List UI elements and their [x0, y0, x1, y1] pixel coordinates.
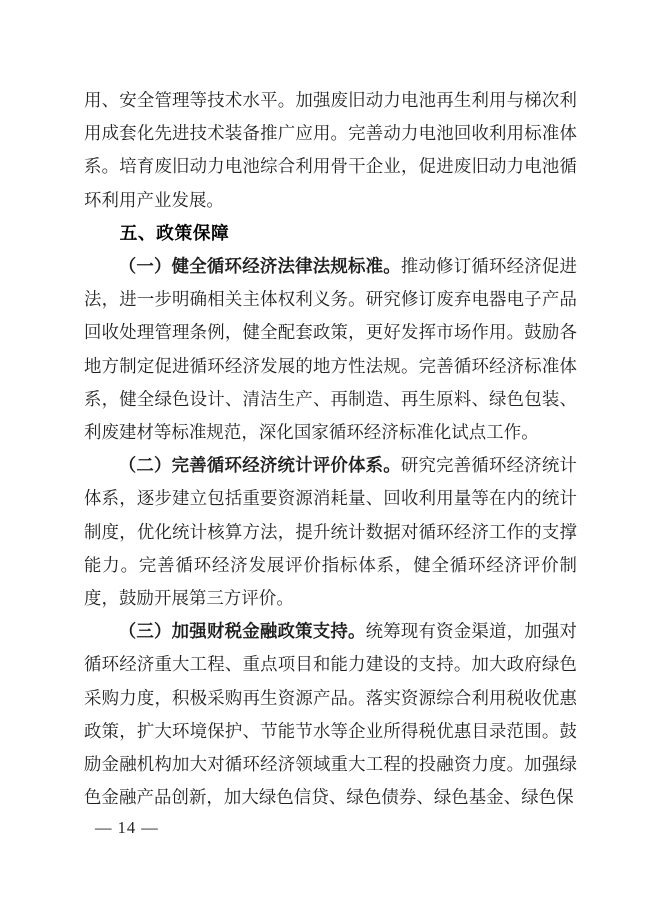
page-number: — 14 —: [95, 818, 159, 838]
section-heading: 五、政策保障: [84, 217, 577, 250]
paragraph-lead: （二）完善循环经济统计评价体系。: [119, 455, 401, 475]
paragraph: （三）加强财税金融政策支持。统筹现有资金渠道，加强对循环经济重大工程、重点项目和…: [84, 615, 577, 814]
paragraph-lead: （一）健全循环经济法律法规标准。: [119, 256, 401, 276]
document-page: 用、安全管理等技术水平。加强废旧动力电池再生利用与梯次利用成套化先进技术装备推广…: [0, 0, 665, 923]
paragraph: （二）完善循环经济统计评价体系。研究完善循环经济统计体系，逐步建立包括重要资源消…: [84, 449, 577, 615]
document-body: 用、安全管理等技术水平。加强废旧动力电池再生利用与梯次利用成套化先进技术装备推广…: [84, 84, 577, 814]
paragraph: （一）健全循环经济法律法规标准。推动修订循环经济促进法，进一步明确相关主体权利义…: [84, 250, 577, 449]
paragraph-lead: （三）加强财税金融政策支持。: [119, 621, 366, 641]
paragraph-continuation: 用、安全管理等技术水平。加强废旧动力电池再生利用与梯次利用成套化先进技术装备推广…: [84, 84, 577, 217]
